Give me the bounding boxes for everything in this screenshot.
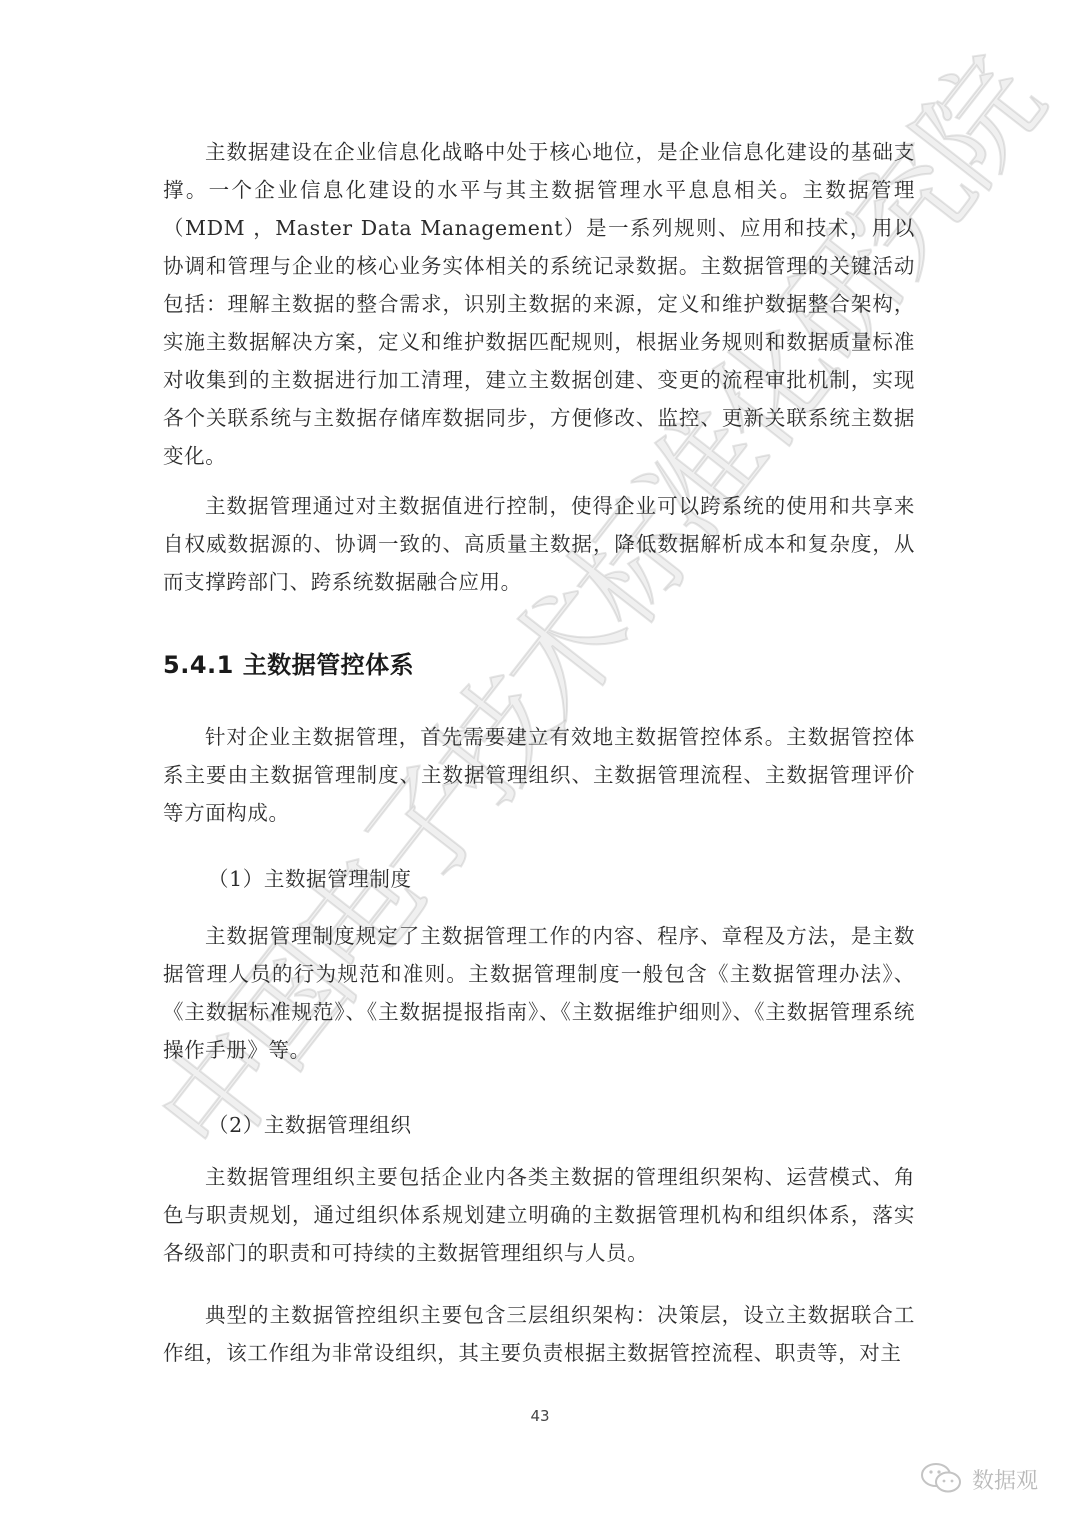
paragraph-mdm-benefits: 主数据管理通过对主数据值进行控制，使得企业可以跨系统的使用和共享来自权威数据源的…	[163, 487, 915, 601]
subsection-title-1: （1）主数据管理制度	[208, 862, 412, 892]
paragraph-mdm-intro: 主数据建设在企业信息化战略中处于核心地位，是企业信息化建设的基础支撑。一个企业信…	[163, 133, 915, 475]
document-page: 中国电子技术标准化研究院 主数据建设在企业信息化战略中处于核心地位，是企业信息化…	[0, 0, 1080, 1527]
paragraph-section-intro: 针对企业主数据管理，首先需要建立有效地主数据管控体系。主数据管控体系主要由主数据…	[163, 718, 915, 832]
page-number: 43	[0, 1407, 1080, 1425]
section-heading: 5.4.1 主数据管控体系	[163, 645, 414, 680]
paragraph-subsection-2: 主数据管理组织主要包括企业内各类主数据的管理组织架构、运营模式、角色与职责规划，…	[163, 1158, 915, 1272]
brand-label: 数据观	[972, 1464, 1038, 1495]
brand-badge: 数据观	[920, 1462, 1038, 1496]
subsection-title-2: （2）主数据管理组织	[208, 1108, 412, 1138]
paragraph-closing: 典型的主数据管控组织主要包含三层组织架构：决策层，设立主数据联合工作组，该工作组…	[163, 1296, 915, 1372]
paragraph-subsection-1: 主数据管理制度规定了主数据管理工作的内容、程序、章程及方法，是主数据管理人员的行…	[163, 917, 915, 1069]
wechat-icon	[920, 1462, 964, 1496]
